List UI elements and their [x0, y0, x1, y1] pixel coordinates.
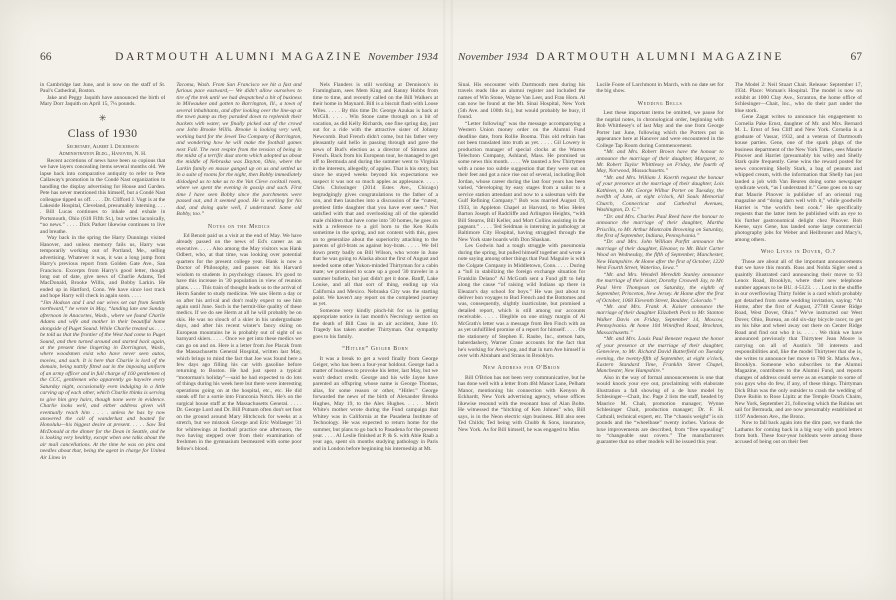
- text-columns: Sinai. His encounter with Dartmouth men …: [458, 82, 862, 576]
- subheading: Wedding Bells: [596, 101, 723, 107]
- paragraph: Gene Zagat writes to announce his engage…: [735, 114, 862, 243]
- paragraph: “Dr. and Mrs. Charles Paul Reed have the…: [596, 214, 723, 240]
- paragraph: Way back in the spring the Harry Dunning…: [40, 235, 165, 300]
- paragraph: Lest these important items be omitted, w…: [596, 110, 723, 149]
- paragraph: Jake and Peggy Jaquith have announced th…: [40, 95, 165, 108]
- text-columns: in Cambridge last June, and is now on th…: [40, 82, 438, 576]
- text-column: The Model 2: Neil Stuart Chait. Release:…: [735, 82, 862, 576]
- paragraph: “Dr. and Mrs. John William Parfitt annou…: [596, 239, 723, 271]
- paragraph: “Jim Hodson and I and our wives set out …: [40, 300, 165, 461]
- section-title: Class of 1930: [40, 128, 165, 141]
- paragraph: Lucile Foote of Larchmont in March, with…: [596, 82, 723, 95]
- paragraph: “Mr. and Mrs. Frank A. Kaiser announce t…: [596, 304, 723, 336]
- text-column: in Cambridge last June, and is now on th…: [40, 82, 165, 576]
- subheading: Who Lives in Dover, O.?: [735, 249, 862, 255]
- magazine-spread: 66 DARTMOUTH ALUMNI MAGAZINE November 19…: [0, 0, 896, 600]
- page-header-right: November 1934 DARTMOUTH ALUMNI MAGAZINE …: [458, 50, 862, 64]
- magazine-title: DARTMOUTH ALUMNI MAGAZINE: [528, 50, 792, 64]
- text-column: Nels Flanders is still working at Dennis…: [313, 82, 438, 576]
- paragraph: “Mr. and Mrs. Louis Paul Benezet request…: [596, 336, 723, 375]
- paragraph: Tacoma, Wash. From San Francisco we hit …: [176, 82, 301, 218]
- page-right: November 1934 DARTMOUTH ALUMNI MAGAZINE …: [448, 0, 896, 600]
- paragraph: The Model 2: Neil Stuart Chait. Release:…: [735, 82, 862, 114]
- paragraph: in Cambridge last June, and is now on th…: [40, 82, 165, 95]
- subheading: Notes on the Medics: [176, 224, 301, 230]
- paragraph: It was a break to get a word finally fro…: [313, 356, 438, 453]
- text-column: Tacoma, Wash. From San Francisco we hit …: [176, 82, 301, 576]
- paragraph: Someone very kindly pinch-hit for us in …: [313, 308, 438, 340]
- magazine-title: DARTMOUTH ALUMNI MAGAZINE: [110, 50, 368, 64]
- paragraph: Bill O'Brion has not been very communica…: [458, 375, 585, 433]
- paragraph: Recent accretions of news have been so c…: [40, 158, 165, 235]
- page-number: 66: [40, 50, 110, 64]
- issue-date: November 1934: [458, 50, 528, 64]
- ornament-icon: ✳: [40, 115, 165, 121]
- paragraph: “Mr. and Mrs. Robert Brown have the hono…: [596, 149, 723, 175]
- page-number: 67: [792, 50, 862, 64]
- paragraph: Nels Flanders is still working at Dennis…: [313, 82, 438, 308]
- paragraph: “Letter following” was the message accom…: [458, 121, 585, 244]
- paragraph: Ed Benoit paid us a visit at the end of …: [176, 233, 301, 452]
- text-column: Lucile Foote of Larchmont in March, with…: [596, 82, 723, 576]
- subheading: New Address for O'Brion: [458, 365, 585, 371]
- byline: Administration Bldg., Hanover, N. H.: [40, 151, 165, 158]
- page-left: 66 DARTMOUTH ALUMNI MAGAZINE November 19…: [0, 0, 448, 600]
- paragraph: Also in the way of formal announcements …: [596, 375, 723, 446]
- paragraph: Les Godwin had a tough struggle with pne…: [458, 243, 585, 359]
- text-column: Sinai. His encounter with Dartmouth men …: [458, 82, 585, 576]
- paragraph: “Mr. and Mrs. Wendell Meredith Stanley a…: [596, 272, 723, 304]
- subheading: “Hitler” Geiger Born: [313, 346, 438, 352]
- paragraph: Sinai. His encounter with Dartmouth men …: [458, 82, 585, 121]
- paragraph: Now to fall back again into the dim past…: [735, 420, 862, 446]
- paragraph: “Mr. and Mrs. William J. Koerth request …: [596, 175, 723, 214]
- paragraph: Those are about all of the important ann…: [735, 259, 862, 420]
- byline: Secretary, Albert I. Dickerson: [40, 144, 165, 151]
- page-header-left: 66 DARTMOUTH ALUMNI MAGAZINE November 19…: [40, 50, 438, 64]
- issue-date: November 1934: [368, 50, 438, 64]
